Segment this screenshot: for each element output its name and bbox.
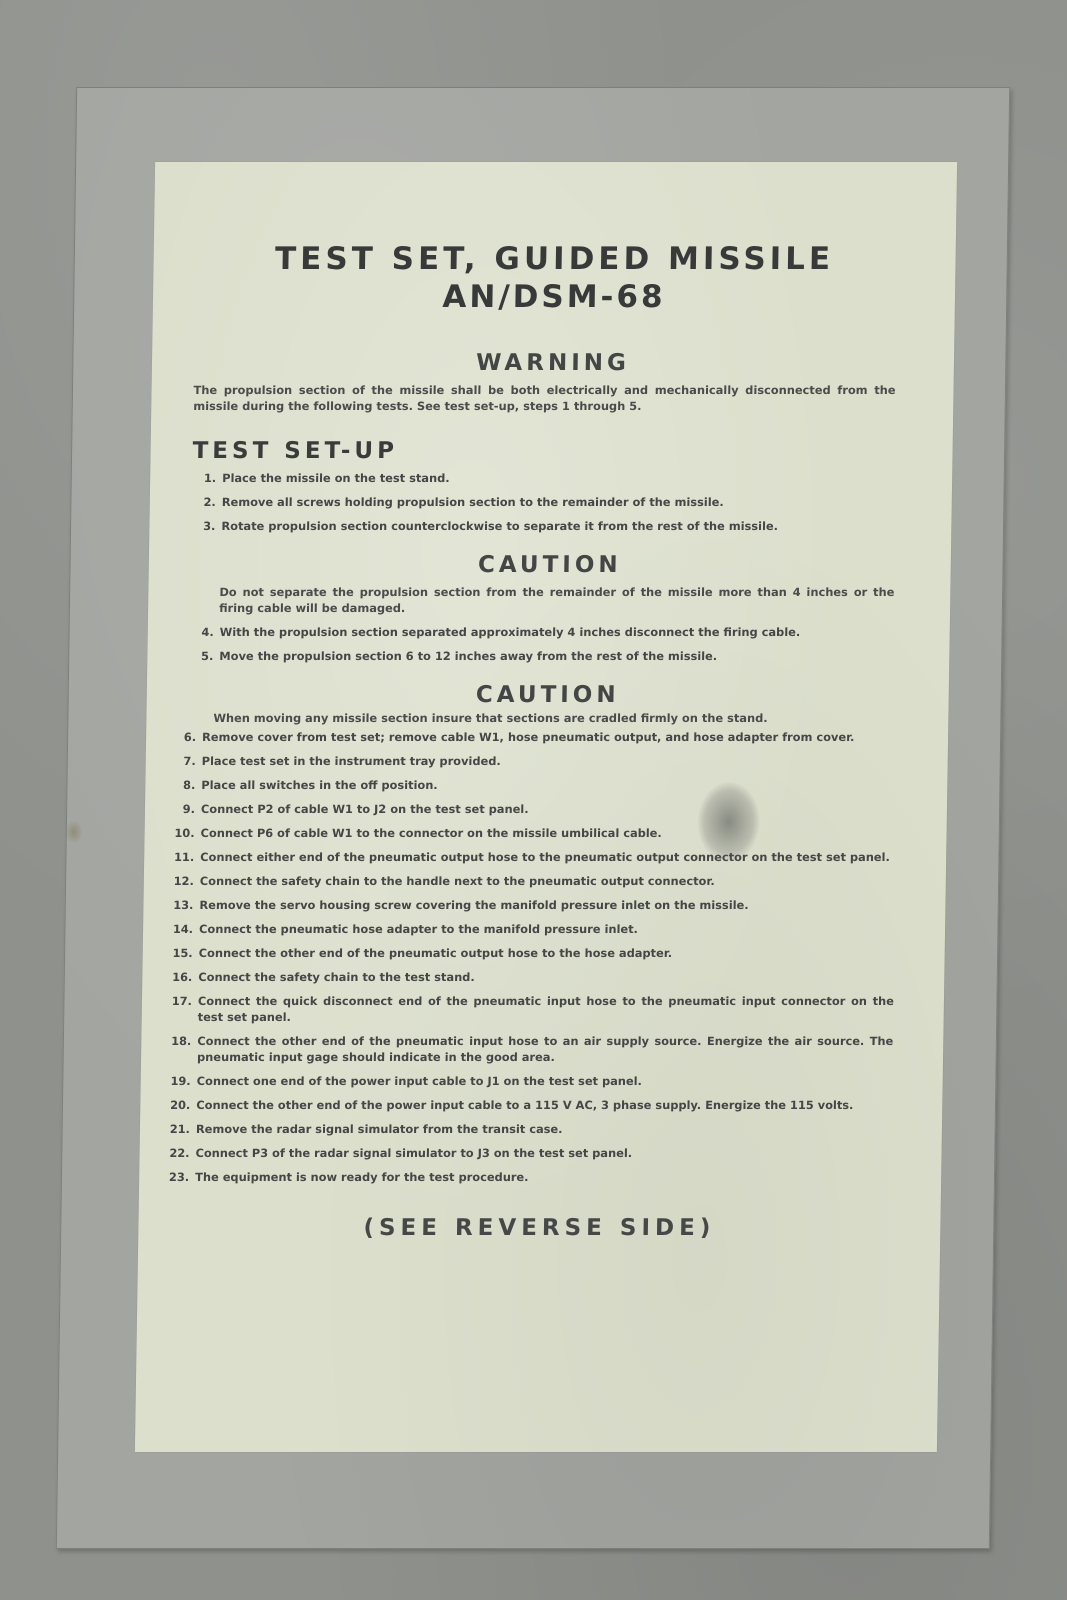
setup-step: 2.Remove all screws holding propulsion s…: [192, 494, 896, 510]
step-text: Connect the safety chain to the test sta…: [198, 969, 894, 985]
step-text: Connect one end of the power input cable…: [197, 1073, 893, 1089]
setup-step: 11.Connect either end of the pneumatic o…: [164, 849, 896, 865]
step-number: 21.: [160, 1121, 196, 1137]
step-text: Connect the pneumatic hose adapter to th…: [199, 921, 895, 937]
step-number: 4.: [190, 624, 220, 640]
step-text: Rotate propulsion section counterclockwi…: [221, 518, 895, 534]
step-text: Connect the other end of the pneumatic i…: [197, 1033, 894, 1065]
caution-section-2: CAUTION When moving any missile section …: [139, 682, 949, 1185]
step-text: Connect P2 of cable W1 to J2 on the test…: [201, 801, 897, 817]
step-text: With the propulsion section separated ap…: [220, 624, 894, 640]
step-number: 14.: [163, 921, 199, 937]
warning-section: WARNING The propulsion section of the mi…: [151, 350, 954, 414]
step-number: 23.: [159, 1169, 195, 1185]
step-text: Connect the quick disconnect end of the …: [198, 993, 895, 1025]
setup-step: 20.Connect the other end of the power in…: [160, 1097, 892, 1113]
warning-heading: WARNING: [152, 350, 954, 376]
instruction-placard: TEST SET, GUIDED MISSILE AN/DSM-68 WARNI…: [135, 162, 957, 1452]
setup-step: 14.Connect the pneumatic hose adapter to…: [163, 921, 895, 937]
step-number: 8.: [165, 777, 201, 793]
step-text: Connect the other end of the power input…: [196, 1097, 892, 1113]
setup-step: 21.Remove the radar signal simulator fro…: [160, 1121, 892, 1137]
step-text: Remove the radar signal simulator from t…: [196, 1121, 892, 1137]
caution-heading-1: CAUTION: [149, 552, 951, 578]
step-number: 5.: [189, 648, 219, 664]
caution-text-1: Do not separate the propulsion section f…: [219, 584, 895, 616]
setup-step: 7.Place test set in the instrument tray …: [166, 753, 898, 769]
see-reverse-side-note: (SEE REVERSE SIDE): [138, 1215, 940, 1241]
setup-step: 15.Connect the other end of the pneumati…: [163, 945, 895, 961]
setup-step: 5.Move the propulsion section 6 to 12 in…: [189, 648, 893, 664]
steps-list-a: 1.Place the missile on the test stand.2.…: [149, 470, 952, 534]
step-text: The equipment is now ready for the test …: [195, 1169, 891, 1185]
step-text: Connect P3 of the radar signal simulator…: [195, 1145, 891, 1161]
step-text: Connect the safety chain to the handle n…: [200, 873, 896, 889]
step-number: 15.: [163, 945, 199, 961]
step-number: 20.: [160, 1097, 196, 1113]
setup-step: 17.Connect the quick disconnect end of t…: [162, 993, 895, 1025]
setup-step: 6.Remove cover from test set; remove cab…: [166, 729, 898, 745]
title-line-1: TEST SET, GUIDED MISSILE: [275, 241, 835, 277]
step-number: 16.: [162, 969, 198, 985]
setup-step: 4.With the propulsion section separated …: [190, 624, 894, 640]
step-text: Place all switches in the off position.: [201, 777, 897, 793]
step-number: 7.: [166, 753, 202, 769]
setup-step: 19.Connect one end of the power input ca…: [161, 1073, 893, 1089]
test-setup-section: TEST SET-UP 1.Place the missile on the t…: [149, 438, 953, 534]
placard-title: TEST SET, GUIDED MISSILE AN/DSM-68: [153, 240, 956, 316]
step-text: Remove all screws holding propulsion sec…: [222, 494, 896, 510]
setup-step: 3.Rotate propulsion section counterclock…: [191, 518, 895, 534]
step-number: 3.: [191, 518, 221, 534]
step-text: Connect the other end of the pneumatic o…: [199, 945, 895, 961]
setup-step: 13.Remove the servo housing screw coveri…: [163, 897, 895, 913]
title-line-2: AN/DSM-68: [153, 278, 956, 316]
step-number: 9.: [165, 801, 201, 817]
caution-section-1: CAUTION Do not separate the propulsion s…: [147, 552, 951, 664]
step-number: 11.: [164, 849, 200, 865]
step-number: 10.: [164, 825, 200, 841]
step-number: 6.: [166, 729, 202, 745]
setup-step: 10.Connect P6 of cable W1 to the connect…: [164, 825, 896, 841]
step-number: 18.: [161, 1033, 198, 1065]
setup-step: 22.Connect P3 of the radar signal simula…: [159, 1145, 891, 1161]
caution-heading-2: CAUTION: [147, 682, 949, 708]
setup-step: 1.Place the missile on the test stand.: [192, 470, 896, 486]
setup-step: 23.The equipment is now ready for the te…: [159, 1169, 891, 1185]
step-text: Remove cover from test set; remove cable…: [202, 729, 898, 745]
step-number: 1.: [192, 470, 222, 486]
step-number: 2.: [192, 494, 222, 510]
step-text: Place test set in the instrument tray pr…: [202, 753, 898, 769]
step-text: Place the missile on the test stand.: [222, 470, 896, 486]
step-number: 13.: [163, 897, 199, 913]
step-number: 17.: [162, 993, 199, 1025]
setup-step: 9.Connect P2 of cable W1 to J2 on the te…: [165, 801, 897, 817]
step-text: Remove the servo housing screw covering …: [199, 897, 895, 913]
setup-step: 18.Connect the other end of the pneumati…: [161, 1033, 894, 1065]
step-text: Connect either end of the pneumatic outp…: [200, 849, 896, 865]
setup-step: 8.Place all switches in the off position…: [165, 777, 897, 793]
stain-mark: [65, 820, 83, 844]
steps-list-c: 6.Remove cover from test set; remove cab…: [139, 729, 948, 1185]
steps-list-b: 4.With the propulsion section separated …: [147, 624, 950, 664]
step-number: 19.: [161, 1073, 197, 1089]
step-text: Move the propulsion section 6 to 12 inch…: [219, 648, 893, 664]
caution-text-2: When moving any missile section insure t…: [213, 710, 896, 726]
step-number: 22.: [159, 1145, 195, 1161]
setup-step: 12.Connect the safety chain to the handl…: [164, 873, 896, 889]
setup-step: 16.Connect the safety chain to the test …: [162, 969, 894, 985]
step-text: Connect P6 of cable W1 to the connector …: [200, 825, 896, 841]
test-setup-heading: TEST SET-UP: [192, 438, 952, 464]
warning-text: The propulsion section of the missile sh…: [193, 382, 896, 414]
step-number: 12.: [164, 873, 200, 889]
